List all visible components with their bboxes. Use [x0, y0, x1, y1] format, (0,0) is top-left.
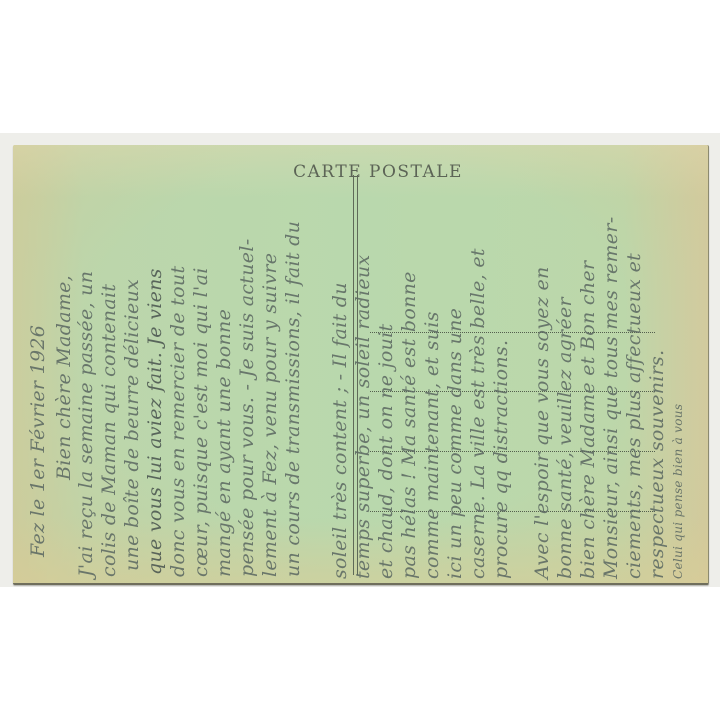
message-line: J'ai reçu la semaine passée, un — [75, 271, 97, 577]
message-line: comme maintenant, et suis — [421, 311, 443, 579]
message-line: une boîte de beurre délicieux — [121, 279, 143, 571]
message-line: lement à Fez, venu pour y suivre — [259, 253, 281, 577]
message-line: donc vous en remercier de tout — [167, 266, 189, 577]
message-line: procure qq distractions. — [490, 340, 512, 579]
message-line: ciements, mes plus affectueux et — [623, 253, 645, 579]
message-line: bien chère Madame et Bon cher — [577, 261, 599, 579]
message-line: caserne. La ville est très belle, et — [467, 248, 489, 579]
message-line: mangé en ayant une bonne — [213, 309, 235, 577]
message-line: respectueux souvenirs. — [646, 350, 668, 579]
salutation-line: Bien chère Madame, — [53, 275, 75, 480]
message-line: bonne santé, veuillez agréer — [554, 297, 576, 579]
message-line: un cours de transmissions, il fait du — [282, 221, 304, 577]
signature-line: Celui qui pense bien à vous — [671, 404, 685, 579]
postcard-header: CARTE POSTALE — [248, 162, 508, 182]
message-line: cœur, puisque c'est moi qui l'ai — [190, 267, 212, 577]
message-line: pensée pour vous. - Je suis actuel- — [236, 239, 258, 577]
message-line: ici un peu comme dans une — [444, 308, 466, 579]
message-line: Avec l'espoir que vous soyez en — [531, 266, 553, 579]
message-line: Monsieur, ainsi que tous mes remer- — [600, 217, 622, 579]
postcard: CARTE POSTALE Fez le 1er Février 1926 Bi… — [13, 145, 709, 585]
message-line: temps superbe, un soleil radieux — [352, 255, 374, 579]
message-line: que vous lui aviez fait. Je viens — [144, 268, 166, 575]
message-line: soleil très content ; - Il fait du — [329, 282, 351, 579]
message-line: colis de Maman qui contenait — [98, 284, 120, 577]
message-line: pas hélas ! Ma santé est bonne — [398, 271, 420, 579]
date-line: Fez le 1er Février 1926 — [27, 325, 49, 557]
message-line: et chaud, dont on ne jouit — [375, 324, 397, 579]
